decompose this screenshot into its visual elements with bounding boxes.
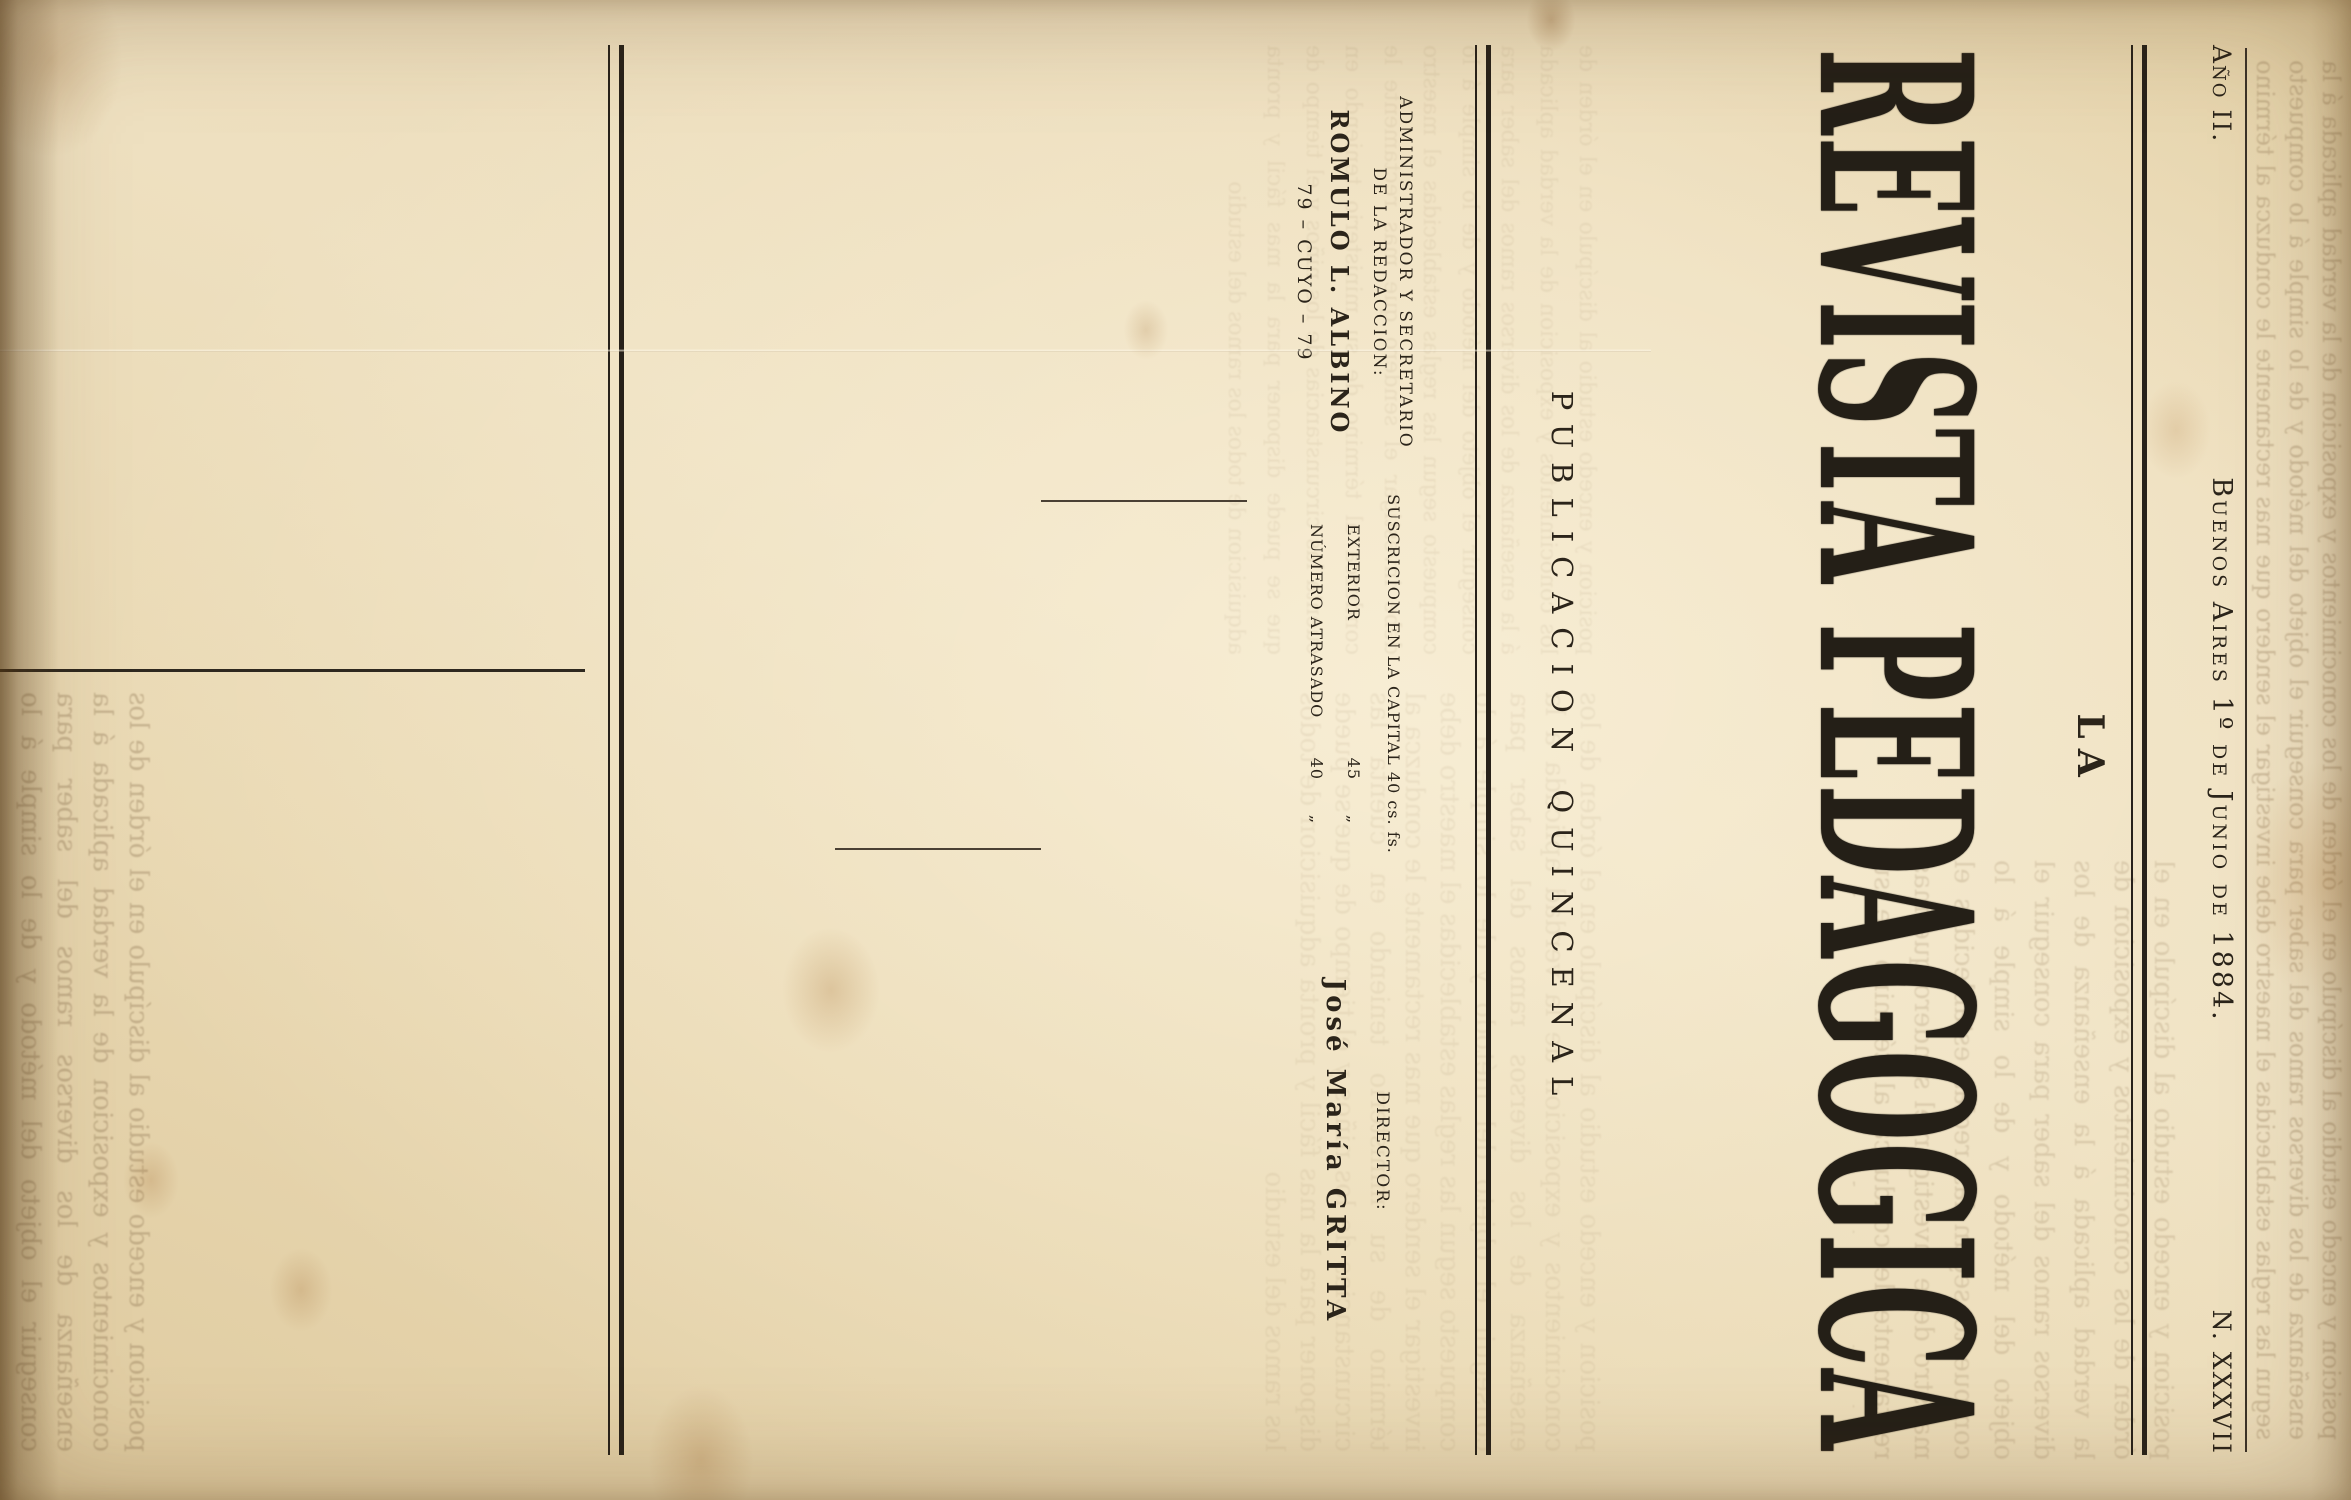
subscription-line1: SUSCRICION EN LA CAPITAL 40 cs. fs. [1381, 494, 1405, 854]
subscription-row: EXTERIOR 45 „ [1344, 524, 1363, 824]
masthead-subtitle: PUBLICACION QUINCENAL [1545, 0, 1579, 1500]
info-row-bottom-rule [608, 45, 624, 1455]
bleedthrough-bottom-right: posicion y encedo estudio al discípulo e… [6, 692, 156, 1452]
info-row-top-rule [1475, 45, 1491, 1455]
info-row: ADMINISTRADOR Y SECRETARIO DE LA REDACCI… [1250, 45, 1462, 1455]
subscription-value: 40 [1307, 724, 1326, 780]
info-cell-divider-2 [835, 848, 1041, 850]
subscription-value: 45 [1344, 724, 1363, 780]
admin-address: 79 – CUYO – 79 [1294, 183, 1316, 361]
admin-name: ROMULO L. ALBINO [1326, 110, 1355, 436]
subscription-ditto-mark: „ [1344, 780, 1363, 824]
info-cell-divider-1 [1041, 500, 1247, 502]
director-name: José María GRITTA [1320, 979, 1350, 1324]
dateline-date: Buenos Aires 1º de Junio de 1884. [2206, 265, 2237, 1235]
top-rule [2245, 48, 2247, 1452]
photographed-newspaper: posicion y encedo estudio al discípulo e… [0, 0, 2351, 1500]
bleedthrough-top-margin: posicion y encedo estudio al discípulo e… [2249, 60, 2347, 1440]
subscription-label: EXTERIOR [1344, 524, 1363, 724]
dateline-bottom-rule [2131, 45, 2147, 1455]
masthead-title: REVISTA PEDAGOGICA [1789, 0, 2019, 1500]
newspaper-page: posicion y encedo estudio al discípulo e… [0, 0, 2351, 1500]
admin-cell: ADMINISTRADOR Y SECRETARIO DE LA REDACCI… [1250, 45, 1462, 500]
subscription-label: NÚMERO ATRASADO [1307, 524, 1326, 724]
column-divider-rule [0, 669, 585, 672]
masthead-title-text: REVISTA PEDAGOGICA [1771, 48, 2019, 1451]
admin-line1: ADMINISTRADOR Y SECRETARIO [1393, 96, 1419, 449]
subscription-cell: SUSCRICION EN LA CAPITAL 40 cs. fs. EXTE… [1250, 500, 1462, 848]
subscription-rows: EXTERIOR 45 „ NÚMERO ATRASADO 40 „ [1307, 524, 1381, 824]
dateline-issue-number: N. XXXVII [2207, 1235, 2236, 1455]
director-label: DIRECTOR: [1372, 1091, 1392, 1211]
dateline-year: Año II. [2207, 45, 2236, 265]
masthead-pretitle: LA [2069, 0, 2111, 1500]
dateline: Año II. Buenos Aires 1º de Junio de 1884… [2193, 45, 2237, 1455]
subscription-ditto-mark: „ [1307, 780, 1326, 824]
subscription-row: NÚMERO ATRASADO 40 „ [1307, 524, 1326, 824]
admin-line2: DE LA REDACCION: [1367, 167, 1393, 377]
director-cell: DIRECTOR: José María GRITTA [1250, 848, 1462, 1455]
